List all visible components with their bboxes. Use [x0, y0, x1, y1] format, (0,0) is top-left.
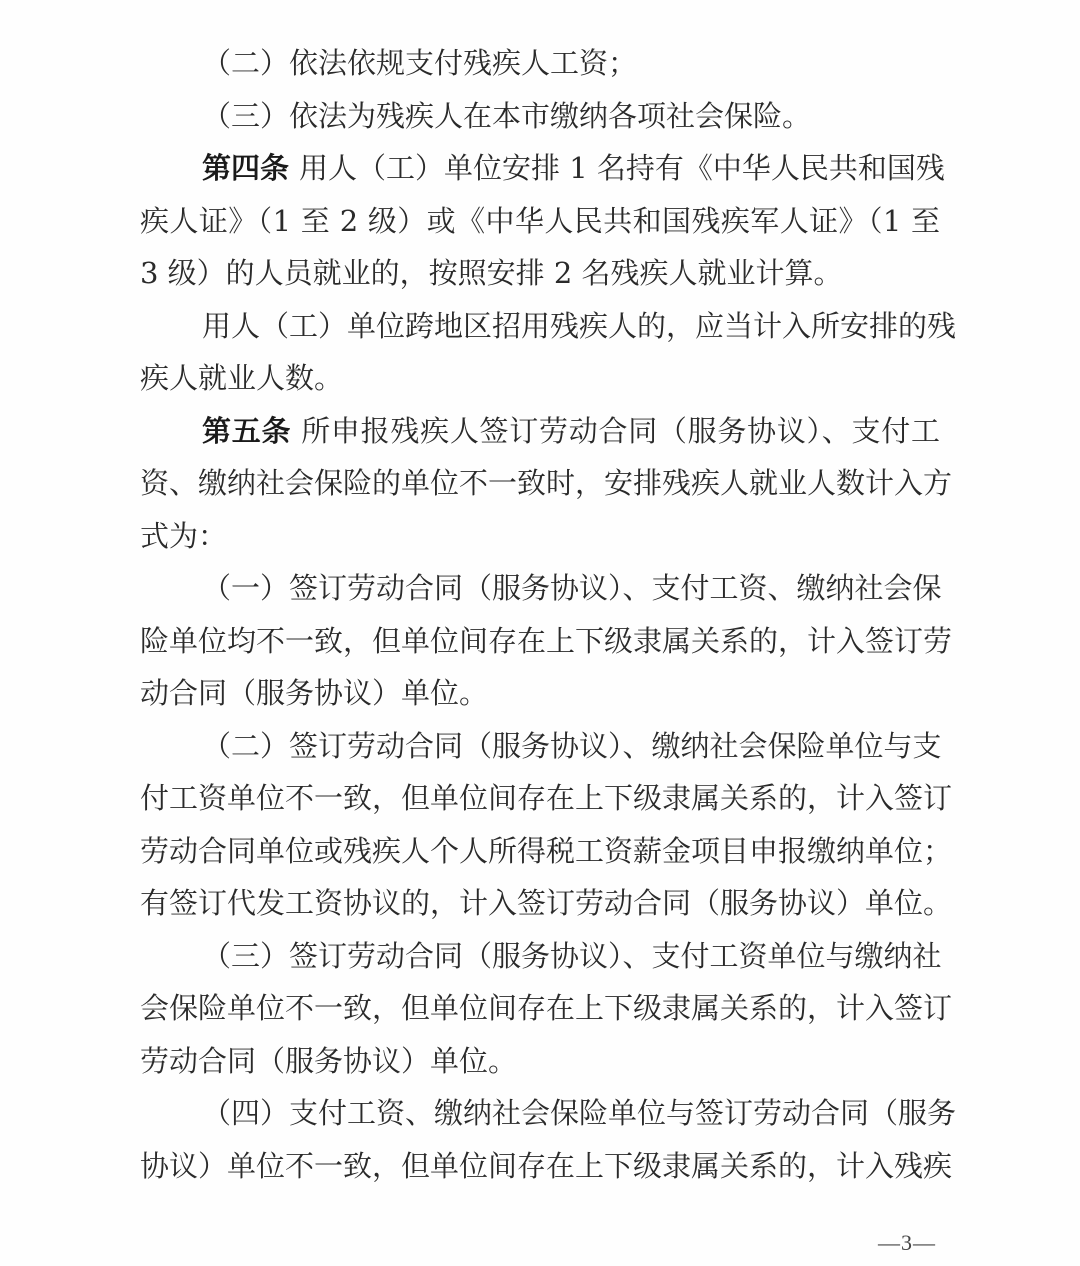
text-line: 疾人证》（1 至 2 级）或《中华人民共和国残疾军人证》（1 至 — [140, 195, 940, 248]
text-line: 动合同（服务协议）单位。 — [140, 667, 940, 720]
document-page: （二）依法依规支付残疾人工资； （三）依法为残疾人在本市缴纳各项社会保险。 第四… — [0, 0, 1080, 1266]
text-line: 险单位均不一致，但单位间存在上下级隶属关系的，计入签订劳 — [140, 615, 940, 668]
text-line: 有签订代发工资协议的，计入签订劳动合同（服务协议）单位。 — [140, 877, 940, 930]
text-line: 劳动合同单位或残疾人个人所得税工资薪金项目申报缴纳单位； — [140, 825, 940, 878]
text-line: 会保险单位不一致，但单位间存在上下级隶属关系的，计入签订 — [140, 982, 940, 1035]
text-line: 协议）单位不一致，但单位间存在上下级隶属关系的，计入残疾 — [140, 1140, 940, 1193]
text-line: 疾人就业人数。 — [140, 352, 940, 405]
document-body: （二）依法依规支付残疾人工资； （三）依法为残疾人在本市缴纳各项社会保险。 第四… — [140, 37, 940, 1192]
text-line: （三）依法为残疾人在本市缴纳各项社会保险。 — [140, 90, 940, 143]
text-line: （二）依法依规支付残疾人工资； — [140, 37, 940, 90]
article-heading: 第五条 — [202, 414, 291, 448]
page-number: —3— — [878, 1230, 936, 1256]
text-line: （四）支付工资、缴纳社会保险单位与签订劳动合同（服务 — [140, 1087, 940, 1140]
text-line: 第五条所申报残疾人签订劳动合同（服务协议）、支付工 — [140, 405, 940, 458]
text-line: 用人（工）单位跨地区招用残疾人的，应当计入所安排的残 — [140, 300, 940, 353]
text-line: 式为： — [140, 510, 940, 563]
text-line: 3 级）的人员就业的，按照安排 2 名残疾人就业计算。 — [140, 247, 940, 300]
text-line: （一）签订劳动合同（服务协议）、支付工资、缴纳社会保 — [140, 562, 940, 615]
text-line: 第四条用人（工）单位安排 1 名持有《中华人民共和国残 — [140, 142, 940, 195]
text-line: 资、缴纳社会保险的单位不一致时，安排残疾人就业人数计入方 — [140, 457, 940, 510]
text-line: 付工资单位不一致，但单位间存在上下级隶属关系的，计入签订 — [140, 772, 940, 825]
text-line: 劳动合同（服务协议）单位。 — [140, 1035, 940, 1088]
text-line: （三）签订劳动合同（服务协议）、支付工资单位与缴纳社 — [140, 930, 940, 983]
article-heading: 第四条 — [202, 151, 289, 185]
text-line: （二）签订劳动合同（服务协议）、缴纳社会保险单位与支 — [140, 720, 940, 773]
